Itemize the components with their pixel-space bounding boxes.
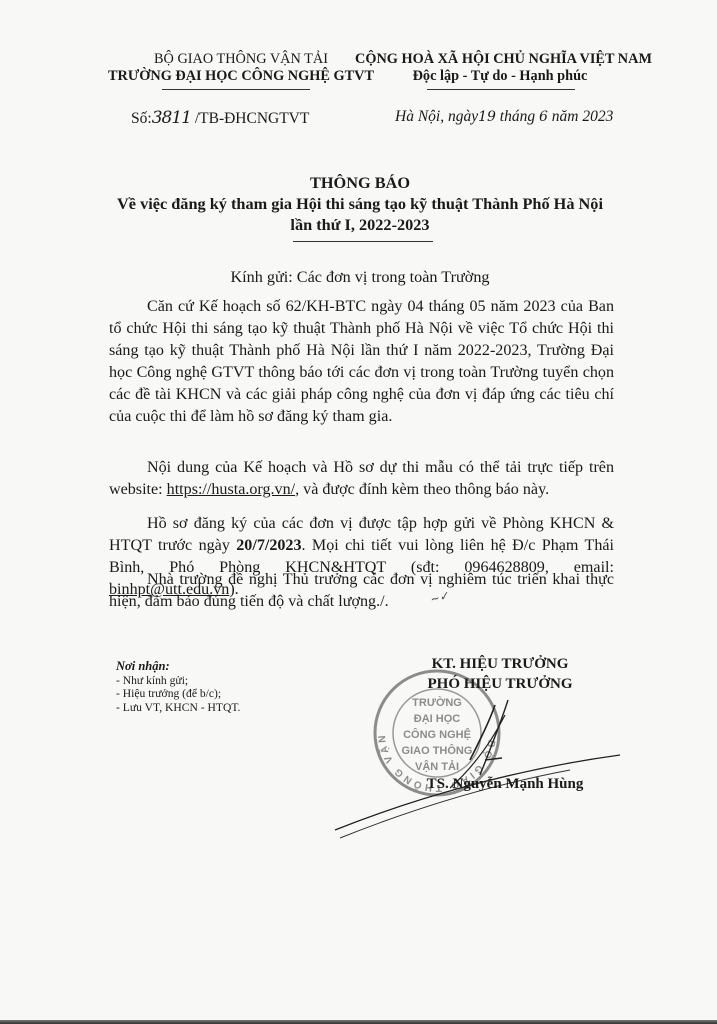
body-paragraph-2: Nội dung của Kế hoạch và Hồ sơ dự thi mẫ…	[109, 457, 614, 501]
title-rule	[293, 241, 433, 242]
handwritten-number: 3811	[152, 108, 191, 128]
place-date: Hà Nội, ngày19 tháng 6 năm 2023	[395, 108, 613, 126]
paragraph-text: , và được đính kèm theo thông báo này.	[295, 481, 549, 498]
title-heading: THÔNG BÁO	[80, 172, 640, 193]
number-prefix: Số:	[131, 110, 152, 127]
title-subject-line2: lần thứ I, 2022-2023	[80, 214, 640, 235]
handwritten-signature-icon	[330, 660, 630, 840]
title-subject-line1: Về việc đăng ký tham gia Hội thi sáng tạ…	[80, 193, 640, 214]
school-name: TRƯỜNG ĐẠI HỌC CÔNG NGHỆ GTVT	[96, 68, 386, 85]
handwritten-month: 6	[539, 109, 548, 125]
place-date-prefix: Hà Nội, ngày	[395, 108, 478, 125]
paragraph-text: Căn cứ Kế hoạch số 62/KH-BTC ngày 04 thá…	[109, 296, 614, 428]
recipient-item: - Hiệu trưởng (để b/c);	[116, 687, 240, 701]
national-header: CỘNG HOÀ XÃ HỘI CHỦ NGHĨA VIỆT NAM Độc l…	[355, 51, 645, 85]
deadline-date: 20/7/2023	[236, 537, 301, 554]
body-paragraph-4: Nhà trường đề nghị Thủ trưởng các đơn vị…	[109, 569, 614, 614]
salutation: Kính gửi: Các đơn vị trong toàn Trường	[80, 268, 640, 287]
document-page	[0, 0, 717, 1020]
national-motto: Độc lập - Tự do - Hạnh phúc	[355, 68, 645, 85]
recipient-item: - Như kính gửi;	[116, 674, 240, 688]
recipients-block: Nơi nhận: - Như kính gửi; - Hiệu trưởng …	[116, 660, 240, 714]
number-suffix: /TB-ĐHCNGTVT	[191, 110, 309, 127]
document-number: Số:3811 /TB-ĐHCNGTVT	[131, 108, 309, 128]
website-link[interactable]: https://husta.org.vn/	[167, 481, 295, 498]
signatory-name: TS. Nguyễn Mạnh Hùng	[410, 776, 600, 793]
paragraph-text: Nhà trường đề nghị Thủ trưởng các đơn vị…	[109, 571, 614, 610]
scan-bottom-edge	[0, 1020, 717, 1024]
year-label: năm 2023	[548, 108, 613, 125]
document-title: THÔNG BÁO Về việc đăng ký tham gia Hội t…	[80, 172, 640, 235]
recipients-title: Nơi nhận:	[116, 660, 240, 674]
month-label: tháng	[496, 108, 539, 125]
issuing-authority: BỘ GIAO THÔNG VẬN TẢI TRƯỜNG ĐẠI HỌC CÔN…	[96, 51, 386, 85]
ministry-name: BỘ GIAO THÔNG VẬN TẢI	[96, 51, 386, 68]
handwritten-day: 19	[478, 109, 496, 125]
header-left-rule	[162, 89, 310, 90]
header-right-rule	[427, 89, 575, 90]
recipient-item: - Lưu VT, KHCN - HTQT.	[116, 701, 240, 715]
body-paragraph-1: Căn cứ Kế hoạch số 62/KH-BTC ngày 04 thá…	[109, 296, 614, 428]
nation-name: CỘNG HOÀ XÃ HỘI CHỦ NGHĨA VIỆT NAM	[355, 51, 645, 68]
